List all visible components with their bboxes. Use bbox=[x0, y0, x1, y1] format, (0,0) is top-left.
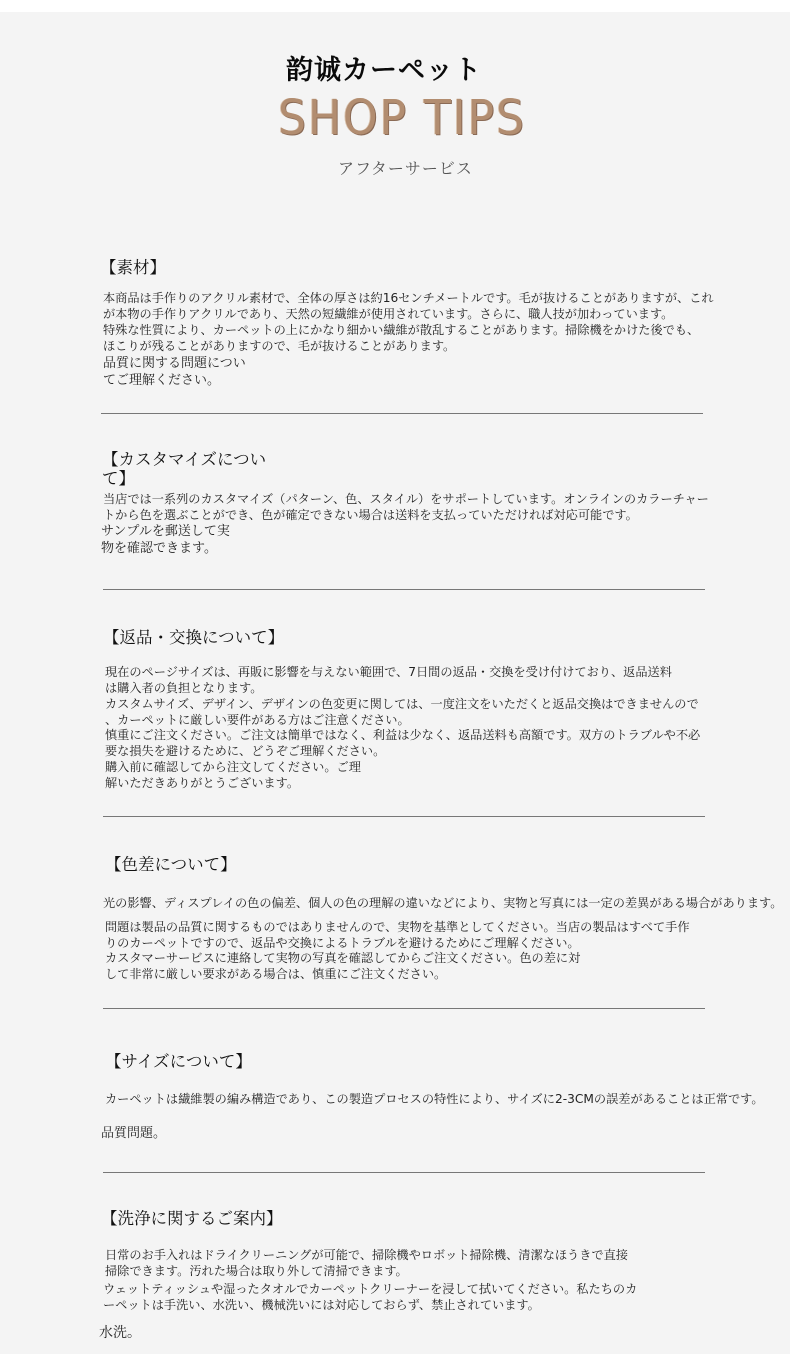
divider bbox=[103, 1008, 705, 1009]
customize-tail: 物を確認できます。 bbox=[101, 541, 217, 557]
top-strip bbox=[0, 0, 790, 12]
customize-line: 当店では一系列のカスタマイズ（パターン、色、スタイル）をサポートしています。オン… bbox=[103, 492, 709, 508]
section-title-customize-cont: て】 bbox=[102, 468, 135, 490]
color-diff-line: 問題は製品の品質に関するものではありませんので、実物を基準としてください。当店の… bbox=[105, 920, 690, 936]
divider bbox=[101, 413, 703, 414]
returns-line: 、カーペットに厳しい要件がある方はご注意ください。 bbox=[105, 713, 410, 729]
divider bbox=[103, 816, 705, 817]
customize-tail: サンプルを郵送して実 bbox=[101, 524, 230, 540]
returns-line: カスタムサイズ、デザイン、デザインの色変更に関しては、一度注文をいただくと返品交… bbox=[105, 697, 699, 713]
shop-tips-logo: SHOP TIPS bbox=[278, 88, 495, 148]
material-line: 特殊な性質により、カーペットの上にかなり細かい繊維が散乱することがあります。掃除… bbox=[103, 323, 699, 339]
cleaning-tail: 水洗。 bbox=[99, 1324, 141, 1342]
color-diff-line: して非常に厳しい要求がある場合は、慎重にご注文ください。 bbox=[105, 967, 446, 983]
material-line: ほこりが残ることがありますので、毛が抜けることがあります。 bbox=[103, 339, 455, 355]
section-title-color-diff: 【色差について】 bbox=[105, 854, 237, 876]
returns-line: 解いただきありがとうございます。 bbox=[105, 776, 299, 792]
cleaning-line: 掃除できます。汚れた場合は取り外して清掃できます。 bbox=[105, 1264, 408, 1280]
section-title-material: 【素材】 bbox=[100, 257, 166, 279]
material-line: 本商品は手作りのアクリル素材で、全体の厚さは約16センチメートルです。毛が抜ける… bbox=[103, 291, 714, 307]
material-tail: 品質に関する問題につい bbox=[103, 356, 246, 372]
material-line: が本物の手作りアクリルであり、天然の短繊維が使用されています。さらに、職人技が加… bbox=[103, 307, 673, 323]
section-title-returns: 【返品・交換について】 bbox=[103, 627, 284, 649]
shop-name: 韵诚カーペット bbox=[286, 48, 482, 87]
color-diff-first-line: 光の影響、ディスプレイの色の偏差、個人の色の理解の違いなどにより、実物と写真には… bbox=[103, 896, 782, 912]
material-tail: てご理解ください。 bbox=[103, 373, 220, 389]
returns-line: 要な損失を避けるために、どうぞご理解ください。 bbox=[105, 744, 385, 760]
section-title-cleaning: 【洗浄に関するご案内】 bbox=[101, 1208, 283, 1230]
cleaning-line: ウェットティッシュや湿ったタオルでカーペットクリーナーを浸して拭いてください。私… bbox=[103, 1282, 637, 1298]
section-title-size: 【サイズについて】 bbox=[105, 1051, 252, 1073]
divider bbox=[103, 1172, 705, 1173]
cleaning-line: ーペットは手洗い、水洗い、機械洗いには対応しておらず、禁止されています。 bbox=[103, 1298, 540, 1314]
after-service-subtitle: アフターサービス bbox=[338, 156, 473, 179]
returns-line: 現在のページサイズは、再販に影響を与えない範囲で、7日間の返品・交換を受け付けて… bbox=[105, 665, 672, 681]
cleaning-line: 日常のお手入れはドライクリーニングが可能で、掃除機やロボット掃除機、清潔なほうき… bbox=[105, 1248, 628, 1264]
customize-line: トから色を選ぶことができ、色が確定できない場合は送料を支払っていただければ対応可… bbox=[103, 508, 638, 524]
divider bbox=[103, 589, 705, 590]
returns-line: 購入前に確認してから注文してください。ご理 bbox=[105, 760, 361, 776]
size-line: カーペットは繊維製の編み構造であり、この製造プロセスの特性により、サイズに2-3… bbox=[105, 1092, 764, 1108]
color-diff-line: カスタマーサービスに連絡して実物の写真を確認してからご注文ください。色の差に対 bbox=[105, 951, 580, 967]
returns-line: は購入者の負担となります。 bbox=[105, 681, 262, 697]
color-diff-line: りのカーペットですので、返品や交換によるトラブルを避けるためにご理解ください。 bbox=[105, 936, 580, 952]
returns-line: 慎重にご注文ください。ご注文は簡単ではなく、利益は少なく、返品送料も高額です。双… bbox=[105, 728, 700, 744]
size-tail: 品質問題。 bbox=[101, 1126, 166, 1142]
